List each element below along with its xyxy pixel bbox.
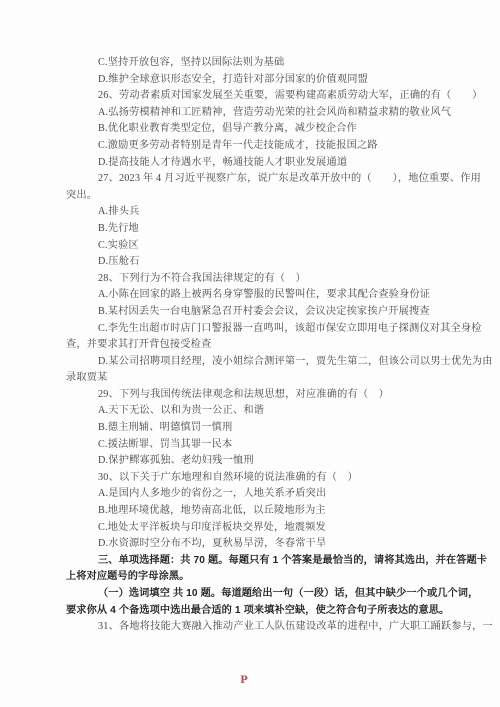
text-line: A.天下无讼、以和为贵一公正、和谐	[66, 403, 436, 420]
text-line: 28、下列行为不符合我国法律规定的有（ ）	[66, 271, 436, 288]
text-line: B.地理环境优越，地势南高北低，以丘陵地形为主	[66, 503, 436, 520]
text-line: A.是国内人多地少的省份之一，人地关系矛盾突出	[66, 486, 436, 503]
text-line: C.激励更多劳动者特别是青年一代走技能成才，技能报国之路	[66, 138, 436, 155]
text-line: B.优化职业教育类型定位，倡导产教分离，减少校企合作	[66, 121, 436, 138]
text-line: 29、下列与我国传统法律观念和法规思想，对应准确的有（ ）	[66, 387, 436, 404]
text-line: C.地处太平洋板块与印度洋板块交界处，地震频发	[66, 520, 436, 537]
page-marker: P	[0, 672, 488, 686]
text-line: B.某村因丢失一台电脑紧急召开村委会会议，会议决定挨家挨户开展搜查	[66, 304, 436, 321]
text-line: D.保护鳏寡孤独、老幼妇残一恤刑	[66, 453, 436, 470]
text-line: 要求你从 4 个备选项中选出最合适的 1 项来填补空缺，使之符合句子所表达的意思…	[66, 603, 436, 620]
text-line: C.李先生出超市时店门口警报器一直鸣叫，该超市保安立即用电子探测仪对其全身检	[66, 321, 436, 338]
text-line: C.实验区	[66, 238, 436, 255]
text-line: B.德主刑辅、明德慎罚一慎刑	[66, 420, 436, 437]
text-line: 27、2023 年 4 月习近平视察广东，说广东是改革开放中的（ ），地位重要、…	[66, 171, 436, 188]
text-line: A.弘扬劳模精神和工匠精神，营造劳动光荣的社会风尚和精益求精的敬业风气	[66, 105, 436, 122]
text-line: 录取贾某	[66, 370, 436, 387]
text-line: D.维护全球意识形态安全，打造针对部分国家的价值观同盟	[66, 72, 436, 89]
text-line: B.先行地	[66, 221, 436, 238]
text-line: 查，并要求其打开背包接受检查	[66, 337, 436, 354]
document-body: C.坚持开放包容，坚持以国际法则为基础D.维护全球意识形态安全，打造针对部分国家…	[66, 55, 436, 636]
text-line: D.提高技能人才待遇水平，畅通技能人才职业发展通道	[66, 155, 436, 172]
text-line: 上将对应题号的字母涂黑。	[66, 569, 436, 586]
text-line: D.水资源时空分布不均，夏秋易旱涝，冬春常干旱	[66, 536, 436, 553]
text-line: D.压舱石	[66, 254, 436, 271]
text-line: 30、以下关于广东地理和自然环境的说法准确的有（ ）	[66, 470, 436, 487]
text-line: A.排头兵	[66, 204, 436, 221]
text-line: A.小陈在回家的路上被两名身穿警服的民警叫住，要求其配合查验身份证	[66, 287, 436, 304]
text-line: D.某公司招聘项目经理，凌小姐综合测评第一，贾先生第二，但该公司以男士优先为由	[66, 354, 436, 371]
exam-paper-page: C.坚持开放包容，坚持以国际法则为基础D.维护全球意识形态安全，打造针对部分国家…	[0, 0, 500, 707]
text-line: C.援法断罪、罚当其罪一民本	[66, 437, 436, 454]
text-line: 突出。	[66, 188, 436, 205]
text-line: 31、各地将技能大赛融入推动产业工人队伍建设改革的进程中，广大职工踊跃参与，一	[66, 619, 436, 636]
text-line: 26、劳动者素质对国家发展至关重要，需要构建高素质劳动大军，正确的有（ ）	[66, 88, 436, 105]
text-line: C.坚持开放包容，坚持以国际法则为基础	[66, 55, 436, 72]
text-line: （一）选词填空 共 10 题。每道题给出一句（一段）话，但其中缺少一个或几个词，	[66, 586, 436, 603]
text-line: 三、单项选择题：共 70 题。每题只有 1 个答案是最恰当的，请将其选出，并在答…	[66, 553, 436, 570]
